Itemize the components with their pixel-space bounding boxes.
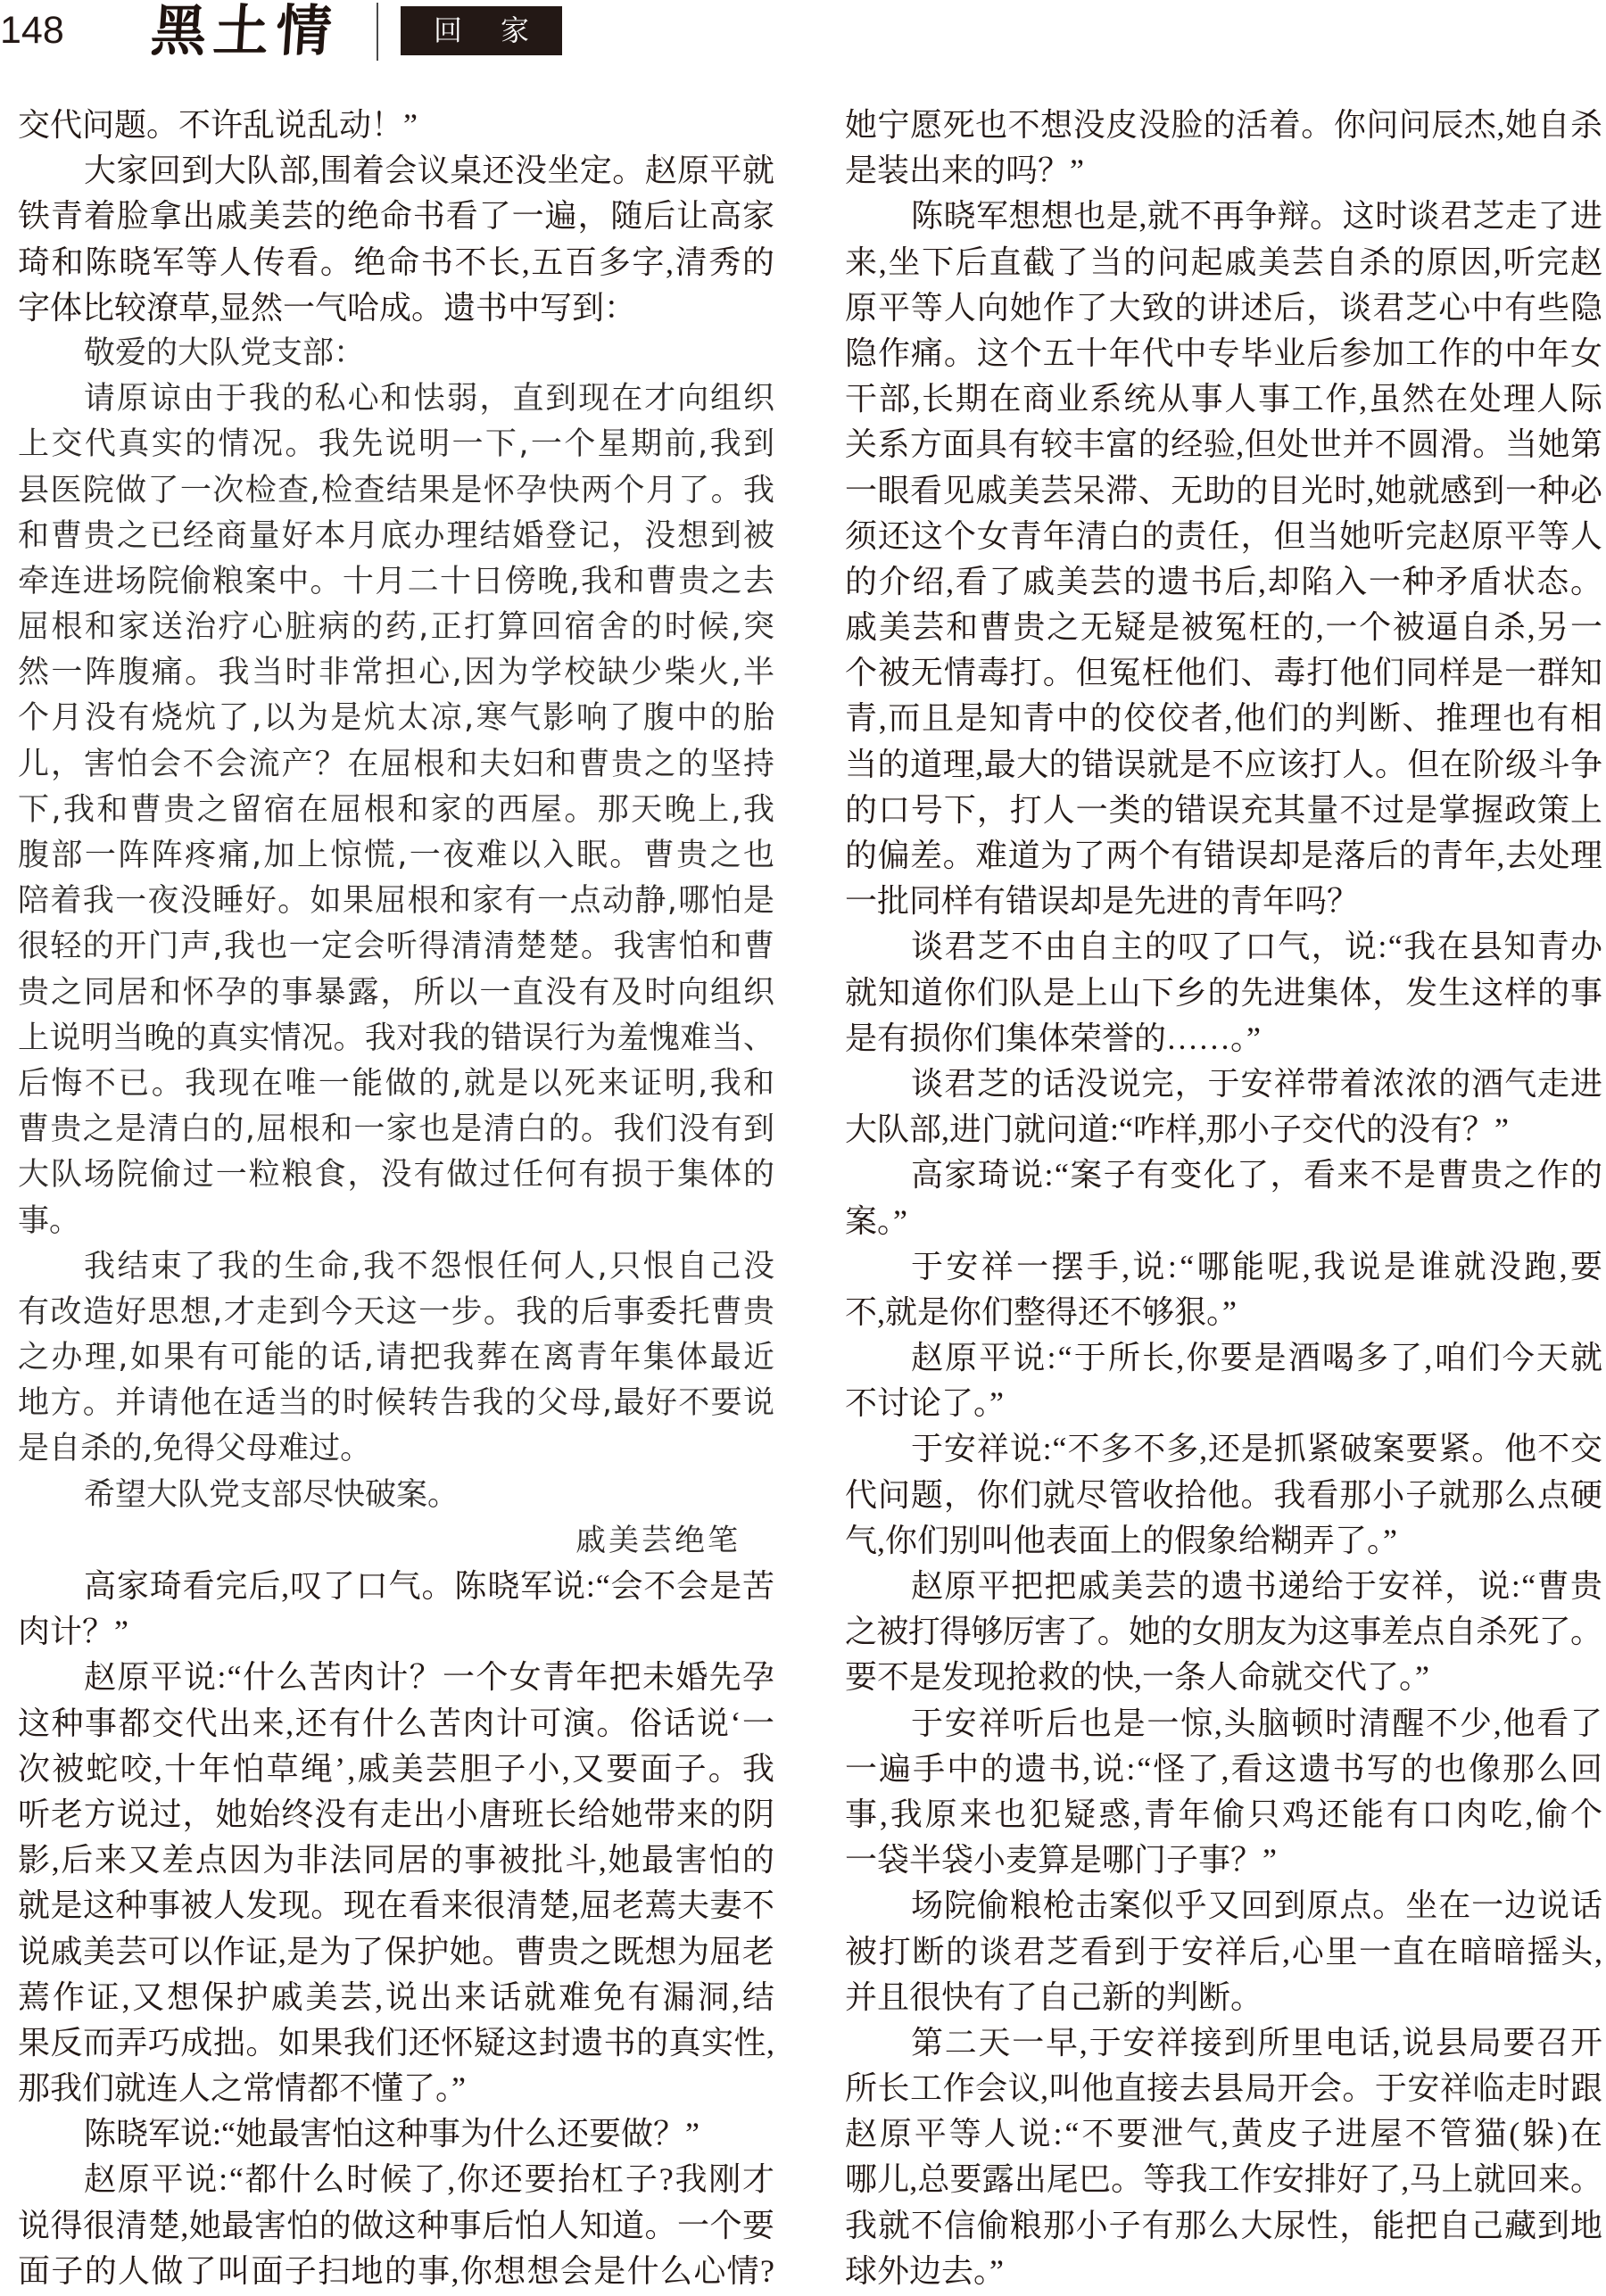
- paragraph-line: 的偏差。难道为了两个有错误却是落后的青年,去处理: [845, 833, 1602, 879]
- paragraph-line: 这种事都交代出来,还有什么苦肉计可演。俗话说‘一: [18, 1701, 774, 1747]
- paragraph-line: 是有损你们集体荣誉的……。”: [845, 1016, 1602, 1061]
- paragraph-line: 谈君芝不由自主的叹了口气，说:“我在县知青办: [845, 924, 1602, 970]
- paragraph-line: 陈晓军说:“她最害怕这种事为什么还要做？”: [18, 2111, 774, 2157]
- paragraph-line: 一批同样有错误却是先进的青年吗？: [845, 879, 1602, 924]
- letter-line: 上交代真实的情况。我先说明一下,一个星期前,我到: [18, 422, 774, 467]
- paragraph-line: 不讨论了。”: [845, 1381, 1602, 1426]
- paragraph-line: 于安祥听后也是一惊,头脑顿时清醒不少,他看了: [845, 1701, 1602, 1747]
- paragraph-line: 果反而弄巧成拙。如果我们还怀疑这封遗书的真实性,: [18, 2020, 774, 2066]
- paragraph-line: 的介绍,看了戚美芸的遗书后,却陷入一种矛盾状态。: [845, 559, 1602, 605]
- paragraph-line: 并且很快有了自己新的判断。: [845, 1975, 1602, 2020]
- paragraph-line: 赵原平说:“于所长,你要是酒喝多了,咱们今天就: [845, 1335, 1602, 1381]
- letter-line: 大队场院偷过一粒粮食，没有做过任何有损于集体的: [18, 1152, 774, 1198]
- letter-line: 是自杀的,免得父母难过。: [18, 1426, 774, 1472]
- paragraph-line: 赵原平把把戚美芸的遗书递给于安祥，说:“曹贵: [845, 1564, 1602, 1609]
- paragraph-line: 她宁愿死也不想没皮没脸的活着。你问问辰杰,她自杀: [845, 103, 1602, 148]
- paragraph-line: 隐作痛。这个五十年代中专毕业后参加工作的中年女: [845, 331, 1602, 376]
- letter-line: 有改造好思想,才走到今天这一步。我的后事委托曹贵: [18, 1290, 774, 1335]
- letter-line: 儿，害怕会不会流产？在屈根和夫妇和曹贵之的坚持: [18, 742, 774, 788]
- page-number: 148: [0, 12, 64, 50]
- paragraph-line: 听老方说过，她始终没有走出小唐班长给她带来的阴: [18, 1792, 774, 1838]
- paragraph-line: 大队部,进门就问道:“咋样,那小子交代的没有？”: [845, 1107, 1602, 1152]
- paragraph-line: 面子的人做了叫面子扫地的事,你想想会是什么心情?: [18, 2249, 774, 2294]
- paragraph-line: 不,就是你们整得还不够狠。”: [845, 1290, 1602, 1335]
- letter-salutation: 敬爱的大队党支部：: [18, 331, 774, 376]
- paragraph-line: 事,我原来也犯疑惑,青年偷只鸡还能有口肉吃,偷个: [845, 1792, 1602, 1838]
- paragraph-line: 场院偷粮枪击案似乎又回到原点。坐在一边说话: [845, 1883, 1602, 1928]
- paragraph-line: 我就不信偷粮那小子有那么大尿性，能把自己藏到地: [845, 2203, 1602, 2249]
- letter-line: 我结束了我的生命,我不怨恨任何人,只恨自己没: [18, 1244, 774, 1290]
- paragraph-line: 高家琦看完后,叹了口气。陈晓军说:“会不会是苦: [18, 1564, 774, 1609]
- paragraph-line: 当的道理,最大的错误就是不应该打人。但在阶级斗争: [845, 742, 1602, 788]
- paragraph-line: 是装出来的吗？”: [845, 148, 1602, 194]
- paragraph-line: 就是这种事被人发现。现在看来很清楚,屈老蔫夫妻不: [18, 1883, 774, 1928]
- paragraph-line: 一遍手中的遗书,说:“怪了,看这遗书写的也像那么回: [845, 1747, 1602, 1792]
- letter-line: 个月没有烧炕了,以为是炕太凉,寒气影响了腹中的胎: [18, 696, 774, 741]
- magazine-title-logo: 黑土情: [149, 2, 341, 61]
- letter-line: 屈根和家送治疗心脏病的药,正打算回宿舍的时候,突: [18, 605, 774, 650]
- letter-line: 和曹贵之已经商量好本月底办理结婚登记，没想到被: [18, 514, 774, 559]
- letter-line: 县医院做了一次检查,检查结果是怀孕快两个月了。我: [18, 468, 774, 514]
- paragraph-line: 青,而且是知青中的佼佼者,他们的判断、推理也有相: [845, 696, 1602, 741]
- letter-line: 之办理,如果有可能的话,请把我葬在离青年集体最近: [18, 1335, 774, 1381]
- section-label: 回家: [434, 6, 567, 55]
- paragraph-line: 铁青着脸拿出戚美芸的绝命书看了一遍，随后让高家: [18, 194, 774, 239]
- letter-line: 下,我和曹贵之留宿在屈根和家的西屋。那天晚上,我: [18, 788, 774, 833]
- paragraph-line: 于安祥一摆手,说:“哪能呢,我说是谁就没跑,要: [845, 1244, 1602, 1290]
- paragraph-line: 影,后来又差点因为非法同居的事被批斗,她最害怕的: [18, 1838, 774, 1883]
- paragraph-line: 第二天一早,于安祥接到所里电话,说县局要召开: [845, 2020, 1602, 2066]
- paragraph-line: 要不是发现抢救的快,一条人命就交代了。”: [845, 1655, 1602, 1700]
- paragraph-line: 关系方面具有较丰富的经验,但处世并不圆滑。当她第: [845, 422, 1602, 467]
- paragraph-line: 琦和陈晓军等人传看。绝命书不长,五百多字,清秀的: [18, 240, 774, 285]
- paragraph-line: 来,坐下后直截了当的问起戚美芸自杀的原因,听完赵: [845, 240, 1602, 285]
- paragraph-line: 赵原平说:“都什么时候了,你还要抬杠子?我刚才: [18, 2157, 774, 2202]
- paragraph-line: 字体比较潦草,显然一气哈成。遗书中写到：: [18, 285, 774, 331]
- letter-line: 然一阵腹痛。我当时非常担心,因为学校缺少柴火,半: [18, 650, 774, 696]
- paragraph-line: 一眼看见戚美芸呆滞、无助的目光时,她就感到一种必: [845, 468, 1602, 514]
- paragraph-line: 交代问题。不许乱说乱动！”: [18, 103, 774, 148]
- paragraph-line: 赵原平说:“什么苦肉计？一个女青年把未婚先孕: [18, 1655, 774, 1700]
- paragraph-line: 那我们就连人之常情都不懂了。”: [18, 2066, 774, 2111]
- article-column-right: 她宁愿死也不想没皮没脸的活着。你问问辰杰,她自杀 是装出来的吗？” 陈晓军想想也…: [845, 103, 1602, 2294]
- paragraph-line: 就知道你们队是上山下乡的先进集体，发生这样的事: [845, 970, 1602, 1016]
- paragraph-line: 赵原平等人说:“不要泄气,黄皮子进屋不管猫(躲)在: [845, 2111, 1602, 2157]
- paragraph-line: 陈晓军想想也是,就不再争辩。这时谈君芝走了进: [845, 194, 1602, 239]
- paragraph-line: 气,你们别叫他表面上的假象给糊弄了。”: [845, 1518, 1602, 1564]
- paragraph-line: 肉计？”: [18, 1609, 774, 1655]
- paragraph-line: 原平等人向她作了大致的讲述后，谈君芝心中有些隐: [845, 285, 1602, 331]
- letter-line: 很轻的开门声,我也一定会听得清清楚楚。我害怕和曹: [18, 924, 774, 970]
- paragraph-line: 于安祥说:“不多不多,还是抓紧破案要紧。他不交: [845, 1426, 1602, 1472]
- letter-line: 陪着我一夜没睡好。如果屈根和家有一点动静,哪怕是: [18, 879, 774, 924]
- header-divider: [377, 3, 378, 61]
- paragraph-line: 哪儿,总要露出尾巴。等我工作安排好了,马上就回来。: [845, 2157, 1602, 2202]
- letter-line: 地方。并请他在适当的时候转告我的父母,最好不要说: [18, 1381, 774, 1426]
- section-label-box: 回家: [401, 6, 562, 55]
- paragraph-line: 干部,长期在商业系统从事人事工作,虽然在处理人际: [845, 376, 1602, 422]
- paragraph-line: 球外边去。”: [845, 2249, 1602, 2294]
- paragraph-line: 谈君芝的话没说完，于安祥带着浓浓的酒气走进: [845, 1061, 1602, 1107]
- paragraph-line: 次被蛇咬,十年怕草绳’,戚美芸胆子小,又要面子。我: [18, 1747, 774, 1792]
- letter-line: 请原谅由于我的私心和怯弱，直到现在才向组织: [18, 376, 774, 422]
- letter-line: 事。: [18, 1199, 774, 1244]
- article-column-left: 交代问题。不许乱说乱动！” 大家回到大队部,围着会议桌还没坐定。赵原平就 铁青着…: [18, 103, 774, 2294]
- paragraph-line: 蔫作证,又想保护戚美芸,说出来话就难免有漏洞,结: [18, 1975, 774, 2020]
- paragraph-line: 个被无情毒打。但冤枉他们、毒打他们同样是一群知: [845, 650, 1602, 696]
- paragraph-line: 之被打得够厉害了。她的女朋友为这事差点自杀死了。: [845, 1609, 1602, 1655]
- paragraph-line: 所长工作会议,叫他直接去县局开会。于安祥临走时跟: [845, 2066, 1602, 2111]
- letter-line: 腹部一阵阵疼痛,加上惊慌,一夜难以入眠。曹贵之也: [18, 833, 774, 879]
- paragraph-line: 的口号下，打人一类的错误充其量不过是掌握政策上: [845, 788, 1602, 833]
- paragraph-line: 说戚美芸可以作证,是为了保护她。曹贵之既想为屈老: [18, 1929, 774, 1975]
- paragraph-line: 说得很清楚,她最害怕的做这种事后怕人知道。一个要: [18, 2203, 774, 2249]
- letter-line: 后悔不已。我现在唯一能做的,就是以死来证明,我和: [18, 1061, 774, 1107]
- letter-signature: 戚美芸绝笔: [18, 1518, 774, 1564]
- paragraph-line: 一袋半袋小麦算是哪门子事？”: [845, 1838, 1602, 1883]
- paragraph-line: 案。”: [845, 1199, 1602, 1244]
- paragraph-line: 须还这个女青年清白的责任，但当她听完赵原平等人: [845, 514, 1602, 559]
- letter-line: 希望大队党支部尽快破案。: [18, 1473, 774, 1518]
- paragraph-line: 被打断的谈君芝看到于安祥后,心里一直在暗暗摇头,: [845, 1929, 1602, 1975]
- letter-line: 贵之同居和怀孕的事暴露，所以一直没有及时向组织: [18, 970, 774, 1016]
- paragraph-line: 大家回到大队部,围着会议桌还没坐定。赵原平就: [18, 148, 774, 194]
- paragraph-line: 高家琦说:“案子有变化了，看来不是曹贵之作的: [845, 1152, 1602, 1198]
- paragraph-line: 戚美芸和曹贵之无疑是被冤枉的,一个被逼自杀,另一: [845, 605, 1602, 650]
- letter-line: 牵连进场院偷粮案中。十月二十日傍晚,我和曹贵之去: [18, 559, 774, 605]
- paragraph-line: 代问题，你们就尽管收拾他。我看那小子就那么点硬: [845, 1473, 1602, 1518]
- letter-line: 曹贵之是清白的,屈根和一家也是清白的。我们没有到: [18, 1107, 774, 1152]
- letter-line: 上说明当晚的真实情况。我对我的错误行为羞愧难当、: [18, 1016, 774, 1061]
